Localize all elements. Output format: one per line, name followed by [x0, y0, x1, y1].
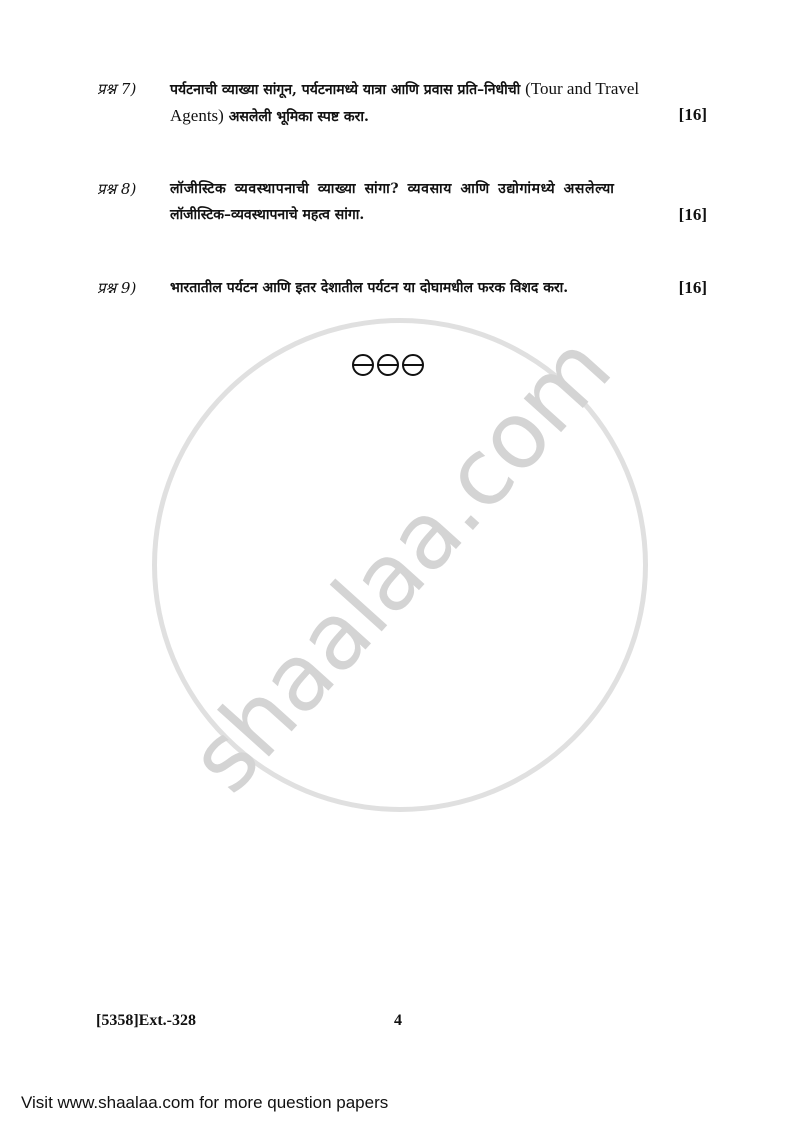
marks: [16]	[679, 202, 707, 228]
question-text: लॉजीस्टिक व्यवस्थापनाची व्याख्या सांगा? …	[170, 176, 707, 228]
promo-link[interactable]: Visit www.shaalaa.com for more question …	[21, 1093, 388, 1113]
question-number: प्रश्न 9)	[97, 275, 136, 301]
theta-circle-icon	[377, 354, 399, 376]
theta-circle-icon	[402, 354, 424, 376]
paper-code: [5358]Ext.-328	[96, 1012, 196, 1030]
end-of-paper-mark	[352, 354, 424, 376]
question-8: प्रश्न 8) लॉजीस्टिक व्यवस्थापनाची व्याख्…	[97, 176, 707, 228]
marks: [16]	[679, 275, 707, 301]
question-9: प्रश्न 9) भारतातील पर्यटन आणि इतर देशाती…	[97, 275, 707, 301]
question-text: भारतातील पर्यटन आणि इतर देशातील पर्यटन य…	[170, 275, 707, 301]
theta-circle-icon	[352, 354, 374, 376]
question-number: प्रश्न 7)	[97, 76, 136, 102]
marks: [16]	[679, 102, 707, 128]
question-number: प्रश्न 8)	[97, 176, 136, 202]
question-7: प्रश्न 7) पर्यटनाची व्याख्या सांगून, पर्…	[97, 76, 707, 128]
question-text: पर्यटनाची व्याख्या सांगून, पर्यटनामध्ये …	[170, 76, 707, 130]
page-number: 4	[394, 1012, 402, 1030]
